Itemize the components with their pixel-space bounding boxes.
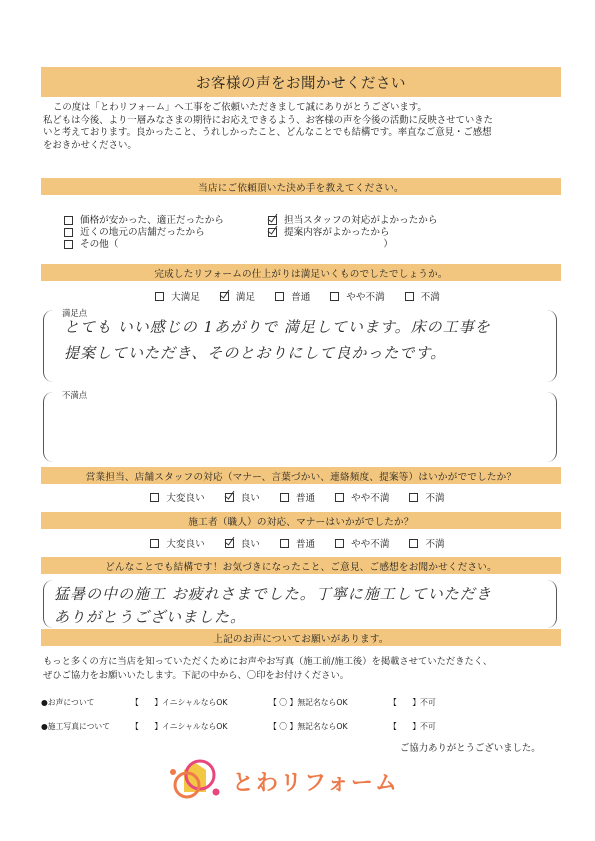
option-label: やや不満 bbox=[346, 289, 384, 303]
checkbox[interactable] bbox=[64, 240, 73, 249]
option-label: 価格が安かった、適正だったから bbox=[80, 215, 224, 227]
intro-line: をおきかせください。 bbox=[43, 140, 563, 153]
consent-option-refuse[interactable]: 【 】不可 bbox=[389, 697, 436, 708]
checkbox[interactable] bbox=[405, 292, 414, 301]
other-close-paren: ） bbox=[383, 239, 393, 251]
option-label: 良い bbox=[241, 490, 260, 504]
checkbox[interactable] bbox=[409, 493, 418, 502]
q1-option[interactable]: その他（） bbox=[64, 239, 393, 251]
checkbox[interactable] bbox=[64, 228, 73, 237]
logo-mark-icon bbox=[168, 758, 226, 804]
page-title: お客様の声をお聞かせください bbox=[41, 67, 561, 97]
q1-option[interactable]: 提案内容がよかったから bbox=[268, 227, 438, 239]
checkbox[interactable] bbox=[150, 493, 159, 502]
q4-option[interactable]: 普通 bbox=[280, 536, 315, 550]
q2-option[interactable]: 不満 bbox=[405, 289, 440, 303]
consent-label: ●施工写真について bbox=[41, 721, 131, 732]
q2-option[interactable]: 満足 bbox=[220, 289, 255, 303]
option-label: 大満足 bbox=[171, 289, 200, 303]
option-label: 普通 bbox=[291, 289, 310, 303]
q4-option[interactable]: やや不満 bbox=[335, 536, 389, 550]
q2-option[interactable]: 大満足 bbox=[155, 289, 200, 303]
request-line: ぜひご協力をお願いいたします。下記の中から、〇印をお付けください。 bbox=[43, 669, 492, 683]
option-label: やや不満 bbox=[351, 536, 389, 550]
checkbox[interactable] bbox=[275, 292, 284, 301]
q4-options: 大変良い 良い 普通 やや不満 不満 bbox=[0, 536, 595, 550]
q2-heading: 完成したリフォームの仕上がりは満足いくものでしたでしょうか。 bbox=[41, 264, 561, 281]
q1-heading: 当店にご依頼頂いた決め手を教えてください。 bbox=[41, 178, 561, 195]
checkbox[interactable] bbox=[335, 539, 344, 548]
option-label: 担当スタッフの対応がよかったから bbox=[284, 215, 438, 227]
dissatisfaction-points-box[interactable]: 不満点 bbox=[43, 392, 557, 462]
dissatisfaction-points-label: 不満点 bbox=[62, 389, 87, 401]
intro-line: この度は「とわリフォーム」へ工事をご依頼いただきまして誠にありがとうございます。 bbox=[43, 102, 563, 115]
q3-option[interactable]: やや不満 bbox=[335, 490, 389, 504]
q4-heading: 施工者（職人）の対応、マナーはいかがでしたか？ bbox=[41, 512, 561, 529]
option-label: 普通 bbox=[296, 490, 315, 504]
q3-option[interactable]: 不満 bbox=[409, 490, 444, 504]
option-label: 大変良い bbox=[166, 536, 204, 550]
consent-row-photo: ●施工写真について 【 】イニシャルならOK 【 〇 】無記名ならOK 【 】不… bbox=[41, 721, 436, 732]
q3-option[interactable]: 良い bbox=[225, 490, 260, 504]
satisfaction-handwriting-line: とても いい感じの 1あがりで 満足しています。床の工事を bbox=[64, 316, 491, 337]
checkbox[interactable] bbox=[409, 539, 418, 548]
checkbox-checked[interactable] bbox=[268, 228, 277, 237]
consent-row-voice: ●お声について 【 】イニシャルならOK 【 〇 】無記名ならOK 【 】不可 bbox=[41, 697, 436, 708]
intro-text: この度は「とわリフォーム」へ工事をご依頼いただきまして誠にありがとうございます。… bbox=[43, 102, 563, 152]
q3-options: 大変良い 良い 普通 やや不満 不満 bbox=[0, 490, 595, 504]
q3-option[interactable]: 大変良い bbox=[150, 490, 204, 504]
checkbox-checked[interactable] bbox=[225, 493, 234, 502]
checkbox[interactable] bbox=[150, 539, 159, 548]
checkbox[interactable] bbox=[335, 493, 344, 502]
option-label: 提案内容がよかったから bbox=[284, 227, 390, 239]
consent-option-anonymous[interactable]: 【 〇 】無記名ならOK bbox=[269, 721, 389, 732]
option-label: 近くの地元の店舗だったから bbox=[80, 227, 205, 239]
consent-option-anonymous[interactable]: 【 〇 】無記名ならOK bbox=[269, 697, 389, 708]
option-label: その他（ bbox=[80, 239, 118, 251]
option-label: 不満 bbox=[421, 289, 440, 303]
option-label: 不満 bbox=[425, 536, 444, 550]
q2-option[interactable]: やや不満 bbox=[330, 289, 384, 303]
checkbox[interactable] bbox=[64, 216, 73, 225]
q4-option[interactable]: 大変良い bbox=[150, 536, 204, 550]
request-heading: 上記のお声についてお願いがあります。 bbox=[41, 629, 561, 646]
satisfaction-handwriting-line: 提案していただき、そのとおりにして良かったです。 bbox=[64, 342, 446, 363]
q3-option[interactable]: 普通 bbox=[280, 490, 315, 504]
checkbox[interactable] bbox=[280, 539, 289, 548]
brand-logo: とわリフォーム bbox=[168, 758, 399, 804]
q2-options: 大満足 満足 普通 やや不満 不満 bbox=[0, 289, 595, 303]
q4-option[interactable]: 良い bbox=[225, 536, 260, 550]
option-label: 大変良い bbox=[166, 490, 204, 504]
request-body: もっと多くの方に当店を知っていただくためにお声やお写真（施工前/施工後）を掲載さ… bbox=[43, 655, 492, 682]
intro-line: 私どもは今後、より一層みなさまの期待にお応えできるよう、お客様の声を今後の活動に… bbox=[43, 115, 563, 128]
consent-label: ●お声について bbox=[41, 697, 131, 708]
option-label: やや不満 bbox=[351, 490, 389, 504]
intro-line: いと考えております。良かったこと、うれしかったこと、どんなことでも結構です。率直… bbox=[43, 127, 563, 140]
checkbox[interactable] bbox=[330, 292, 339, 301]
q2-option[interactable]: 普通 bbox=[275, 289, 310, 303]
q4-option[interactable]: 不満 bbox=[409, 536, 444, 550]
option-label: 良い bbox=[241, 536, 260, 550]
option-label: 満足 bbox=[236, 289, 255, 303]
q1-option[interactable]: 担当スタッフの対応がよかったから bbox=[268, 215, 438, 227]
q1-right-options: 担当スタッフの対応がよかったから 提案内容がよかったから bbox=[268, 215, 438, 239]
comments-handwriting-line: 猛暑の中の施工 お疲れさまでした。丁寧に施工していただき bbox=[54, 583, 492, 604]
q3-heading: 営業担当、店舗スタッフの対応（マナー、言葉づかい、連絡頻度、提案等）はいかがでで… bbox=[41, 467, 561, 484]
thanks-text: ご協力ありがとうございました。 bbox=[400, 740, 541, 754]
q5-heading: どんなことでも結構です！お気づきになったこと、ご意見、ご感想をお聞かせください。 bbox=[41, 557, 561, 574]
checkbox-checked[interactable] bbox=[220, 292, 229, 301]
comments-handwriting-line: ありがとうございました。 bbox=[54, 606, 246, 627]
option-label: 不満 bbox=[425, 490, 444, 504]
consent-option-refuse[interactable]: 【 】不可 bbox=[389, 721, 436, 732]
brand-name: とわリフォーム bbox=[232, 766, 399, 797]
checkbox[interactable] bbox=[280, 493, 289, 502]
consent-option-initial[interactable]: 【 】イニシャルならOK bbox=[131, 697, 269, 708]
consent-option-initial[interactable]: 【 】イニシャルならOK bbox=[131, 721, 269, 732]
checkbox[interactable] bbox=[155, 292, 164, 301]
checkbox-checked[interactable] bbox=[225, 539, 234, 548]
option-label: 普通 bbox=[296, 536, 315, 550]
request-line: もっと多くの方に当店を知っていただくためにお声やお写真（施工前/施工後）を掲載さ… bbox=[43, 655, 492, 669]
